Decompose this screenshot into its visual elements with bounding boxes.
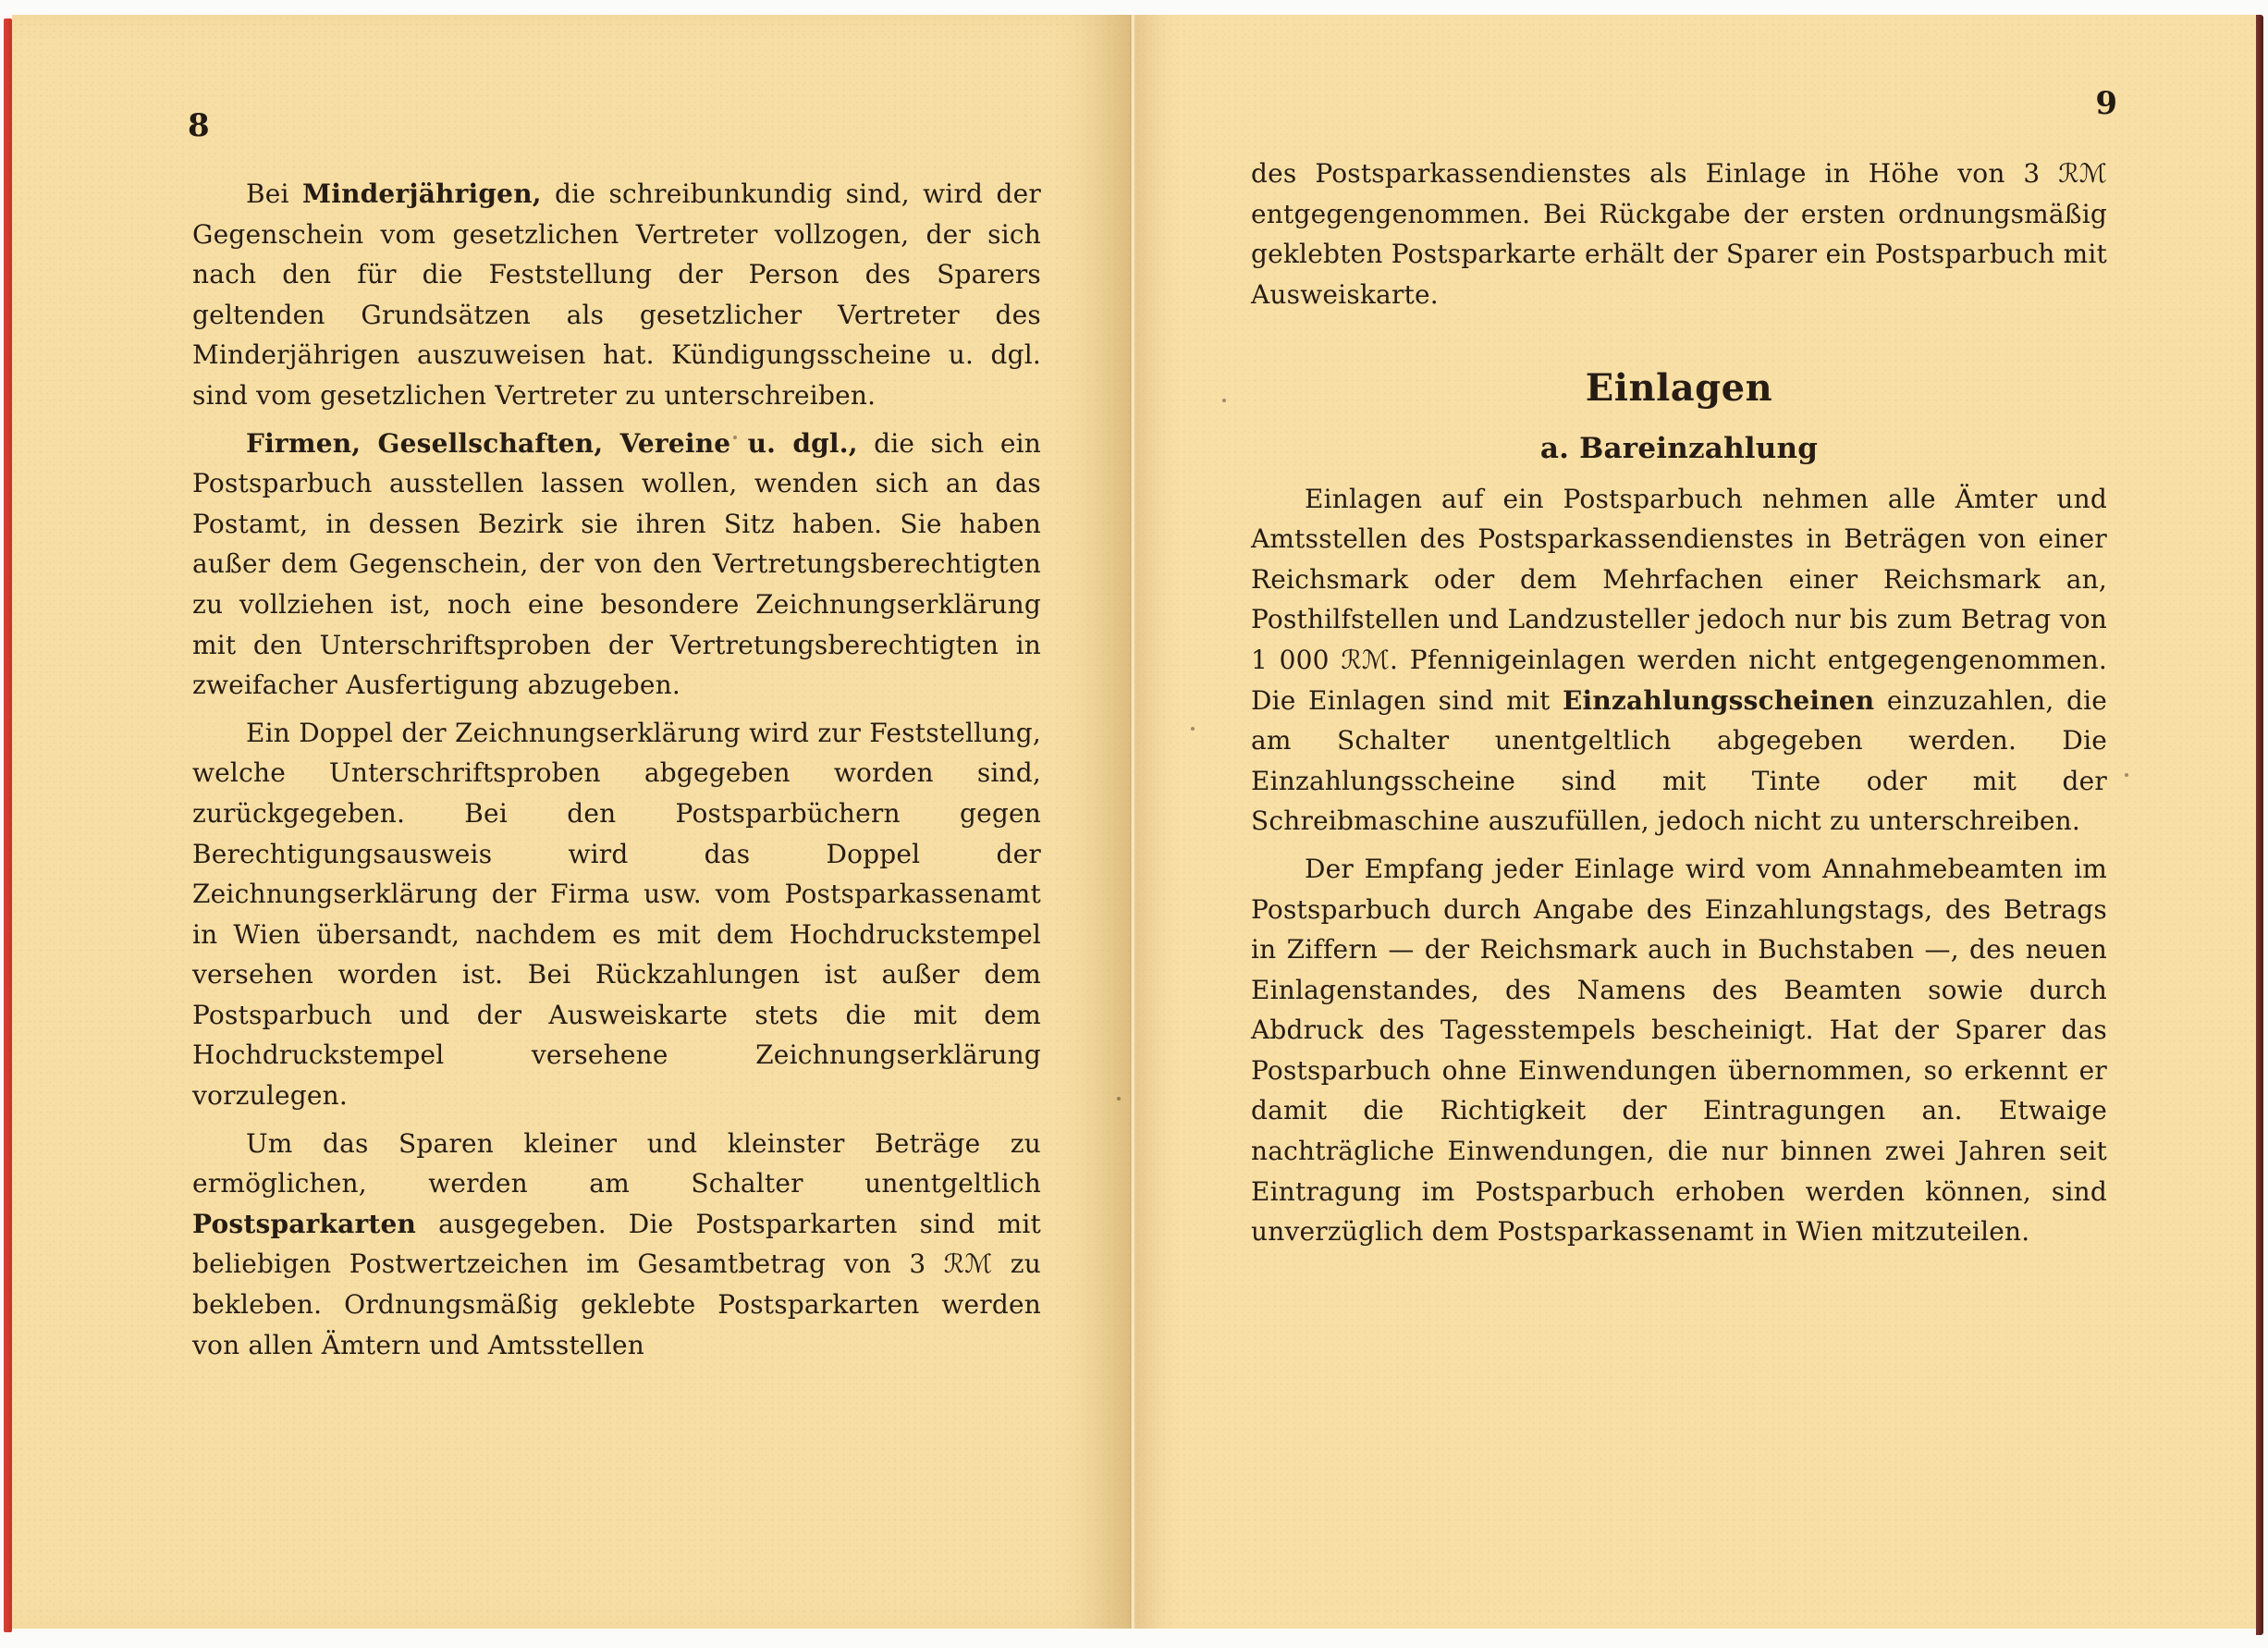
paragraph-continuation: des Postsparkassendienstes als Einlage i… [1251,154,2107,314]
subsection-title-bareinzahlung: a. Bareinzahlung [1251,429,2107,470]
left-page-text: Bei Minderjährigen, die schreibunkundig … [192,174,1041,1372]
paragraph-body: die schreibunkundig sind, wird der Gegen… [192,178,1041,411]
paragraph-body: die sich ein Postsparbuch ausstellen las… [192,428,1041,701]
paragraph-savings-cards: Um das Sparen kleiner und kleinster Betr… [192,1124,1041,1366]
paragraph-body: Der Empfang jeder Einlage wird vom Annah… [1251,854,2107,1247]
paper-speck [733,436,737,439]
paper-speck [1117,1097,1121,1101]
paragraph-prefix: Einlagen auf ein Postsparbuch nehmen all… [1251,484,2107,716]
bold-term-minors: Minderjährigen, [302,178,542,209]
paragraph-prefix: Um das Sparen kleiner und kleinster Betr… [192,1128,1041,1199]
open-booklet: 8 Bei Minderjährigen, die schreibunkundi… [0,15,2263,1635]
bold-term-postsparkarten: Postsparkarten [192,1209,416,1239]
paragraph-body: Ein Doppel der Zeichnungserklärung wird … [192,718,1041,1111]
paragraph-duplicate: Ein Doppel der Zeichnungserklärung wird … [192,713,1041,1116]
paper-speck [1191,727,1195,731]
bold-term-einzahlungsscheine: Einzahlungsscheinen [1563,685,1874,716]
paragraph-receipt: Der Empfang jeder Einlage wird vom Annah… [1251,849,2107,1252]
paper-speck [1222,399,1226,402]
page-number-right: 9 [2095,85,2117,122]
paragraph-deposits: Einlagen auf ein Postsparbuch nehmen all… [1251,479,2107,842]
section-title-einlagen: Einlagen [1251,368,2107,409]
paragraph-minors: Bei Minderjährigen, die schreibunkundig … [192,174,1041,416]
paragraph-firms: Firmen, Gesellschaften, Vereine u. dgl.,… [192,424,1041,706]
right-page-text: des Postsparkassendienstes als Einlage i… [1251,154,2107,1260]
paper-speck [2125,773,2128,777]
dark-cover-edge [2256,15,2263,1635]
left-page: 8 Bei Minderjährigen, die schreibunkundi… [12,15,1133,1629]
right-page: 9 des Postsparkassendienstes als Einlage… [1135,15,2256,1629]
page-number-left: 8 [188,107,210,144]
bold-term-firms: Firmen, Gesellschaften, Vereine u. dgl., [246,428,858,459]
paragraph-prefix: Bei [246,178,302,209]
red-cover-edge [4,18,12,1632]
